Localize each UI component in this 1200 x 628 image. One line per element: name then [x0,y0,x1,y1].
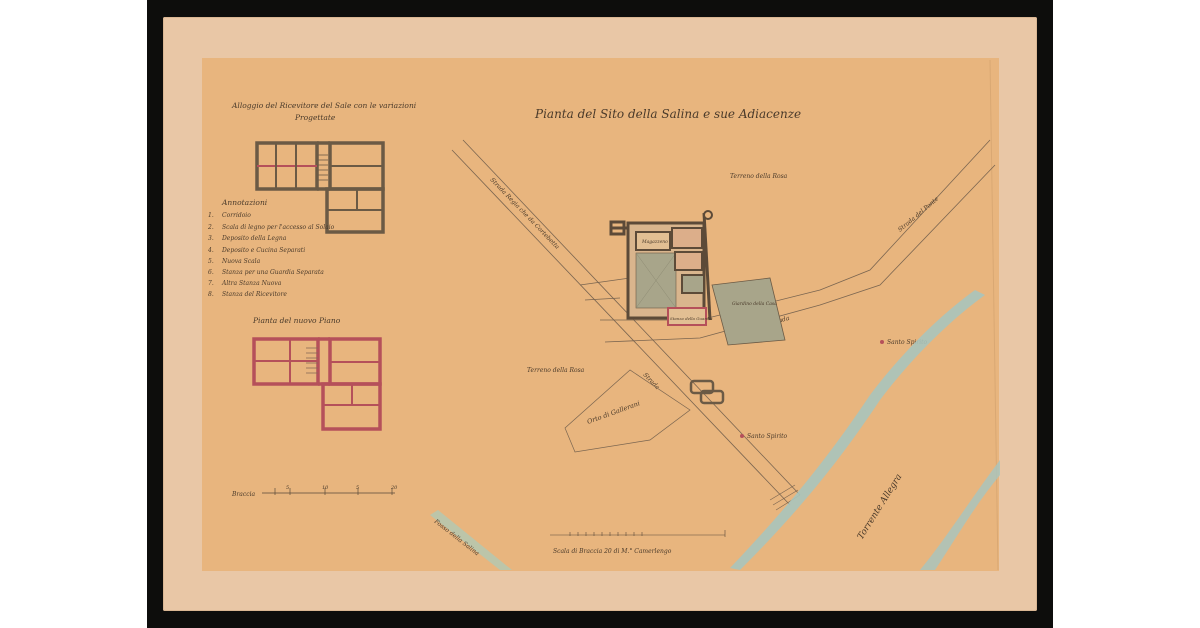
label-road-east: Strada del Ponte [897,195,941,233]
small-kiln-structure [691,381,723,403]
marker-icon [880,340,884,344]
svg-text:Corridoio: Corridoio [222,212,251,219]
canal [430,510,512,570]
new-floor-plan [254,339,380,429]
svg-text:Stanza per una Guardia Separat: Stanza per una Guardia Separata [222,269,324,276]
svg-text:Stanza del Ricevitore: Stanza del Ricevitore [222,291,287,298]
label-field-north: Terreno della Rosa [730,173,788,180]
main-scale-caption: Scala di Braccia 20 di M.° Camerlengo [553,548,672,555]
left-scale-bar [262,488,395,495]
label-marker-2: Santo Spirito [747,433,788,440]
svg-text:2.: 2. [207,224,214,231]
legend-list: 1.Corridoio 2.Scala di legno per l'acces… [207,212,335,298]
svg-text:Deposito e Cucina Separati: Deposito e Cucina Separati [221,247,305,254]
svg-text:6.: 6. [208,269,214,276]
svg-text:Nuova Scala: Nuova Scala [221,258,261,265]
main-scale-bar [550,530,725,537]
label-torrent: Torrente Allegra [856,472,904,541]
svg-text:3.: 3. [208,235,214,242]
svg-text:5: 5 [356,485,359,491]
svg-text:7.: 7. [208,280,214,287]
label-building-room: Magazzeno [641,239,668,245]
new-plan-title: Pianta del nuovo Piano [252,316,341,325]
svg-text:5: 5 [286,485,289,491]
svg-text:Scala di legno per l'accesso a: Scala di legno per l'accesso al Solaio [222,224,335,231]
svg-text:10: 10 [322,485,329,491]
svg-text:20: 20 [390,485,398,491]
existing-plan-title: Alloggio del Ricevitore del Sale con le … [231,101,417,110]
label-canal: Fosso della Salina [432,517,481,557]
site-plan-drawing: Pianta del Sito della Salina e sue Adiac… [0,0,1200,628]
svg-text:5.: 5. [208,258,214,265]
existing-plan-subtitle: Progettate [294,113,336,122]
existing-floor-plan [257,143,383,232]
svg-text:Deposito della Legna: Deposito della Legna [221,235,287,242]
legend-title: Annotazioni [221,198,268,207]
svg-text:Altra Stanza Nuova: Altra Stanza Nuova [221,280,282,287]
svg-text:4.: 4. [207,247,214,254]
left-scale-label: Braccia [231,491,255,498]
label-road-upper: Strada Regia che da Cortebetta [489,177,561,252]
river-branch [920,460,1000,570]
map-title: Pianta del Sito della Salina e sue Adiac… [534,107,801,121]
label-field-west: Terreno della Rosa [527,367,585,374]
existing-plan-stair-icon [318,155,328,180]
label-grey-yard: Giardino della Casa [732,301,777,307]
marker-icon [740,434,744,438]
svg-text:1.: 1. [208,212,214,219]
salina-building [610,211,785,345]
svg-text:8.: 8. [208,291,214,298]
label-building-annex: Stanza della Guardia [670,316,713,321]
label-plot: Orto di Gallerani [586,399,641,426]
